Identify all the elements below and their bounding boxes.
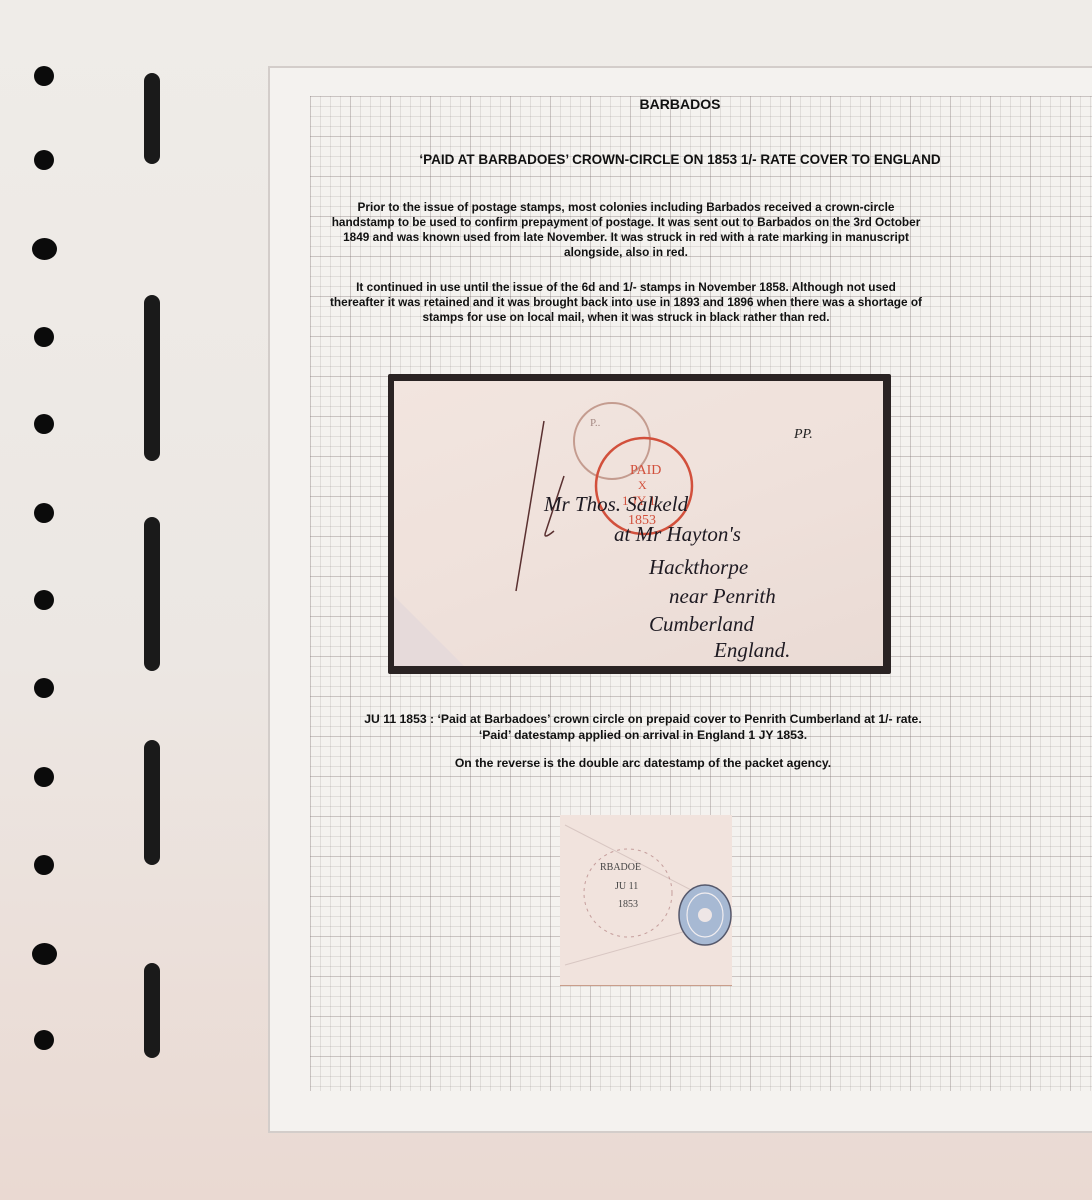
svg-text:PP.: PP. [793, 427, 813, 442]
svg-text:Hackthorpe: Hackthorpe [648, 555, 748, 579]
cover-mount: P.. PAID X 1 JY 1 1853 PP. Mr Thos. Salk… [388, 374, 891, 674]
svg-text:Mr Thos. Salkeld: Mr Thos. Salkeld [543, 492, 689, 516]
svg-text:P..: P.. [590, 417, 601, 429]
punch-hole [34, 590, 54, 610]
punch-hole [34, 66, 54, 86]
page-subtitle: ‘PAID AT BARBADOES’ CROWN-CIRCLE ON 1853… [270, 152, 1090, 167]
punch-hole [34, 150, 54, 170]
svg-text:RBADOE: RBADOE [600, 862, 641, 873]
punch-hole [34, 678, 54, 698]
punch-hole [34, 855, 54, 875]
page-title: BARBADOS [270, 96, 1090, 112]
punch-hole [32, 943, 57, 965]
intro-paragraph: Prior to the issue of postage stamps, mo… [330, 200, 922, 260]
punch-hole [34, 414, 54, 434]
svg-text:England.: England. [713, 638, 790, 662]
reverse-flap-image: RBADOE JU 11 1853 [560, 815, 732, 986]
binder-slot [144, 963, 160, 1058]
svg-text:PAID: PAID [630, 463, 661, 478]
punch-hole [34, 767, 54, 787]
svg-text:near Penrith: near Penrith [669, 584, 776, 608]
svg-text:1853: 1853 [618, 899, 638, 910]
punch-hole [34, 327, 54, 347]
svg-text:JU 11: JU 11 [615, 881, 638, 892]
punch-hole [32, 238, 57, 260]
svg-text:X: X [638, 478, 647, 492]
svg-text:Cumberland: Cumberland [649, 612, 755, 636]
binder-slot [144, 295, 160, 461]
cover-markings: P.. PAID X 1 JY 1 1853 PP. Mr Thos. Salk… [394, 381, 883, 666]
binder-slot [144, 740, 160, 865]
reverse-caption: On the reverse is the double arc datesta… [360, 755, 926, 771]
binder-slot [144, 73, 160, 164]
svg-text:at Mr Hayton's: at Mr Hayton's [614, 522, 741, 546]
history-paragraph: It continued in use until the issue of t… [330, 280, 922, 325]
punch-hole [34, 503, 54, 523]
reverse-markings: RBADOE JU 11 1853 [560, 815, 732, 985]
binder-slot [144, 517, 160, 671]
album-page: BARBADOS ‘PAID AT BARBADOES’ CROWN-CIRCL… [268, 66, 1092, 1133]
cover-image: P.. PAID X 1 JY 1 1853 PP. Mr Thos. Salk… [394, 381, 883, 666]
punch-hole [34, 1030, 54, 1050]
cover-caption: JU 11 1853 : ‘Paid at Barbadoes’ crown c… [360, 711, 926, 743]
